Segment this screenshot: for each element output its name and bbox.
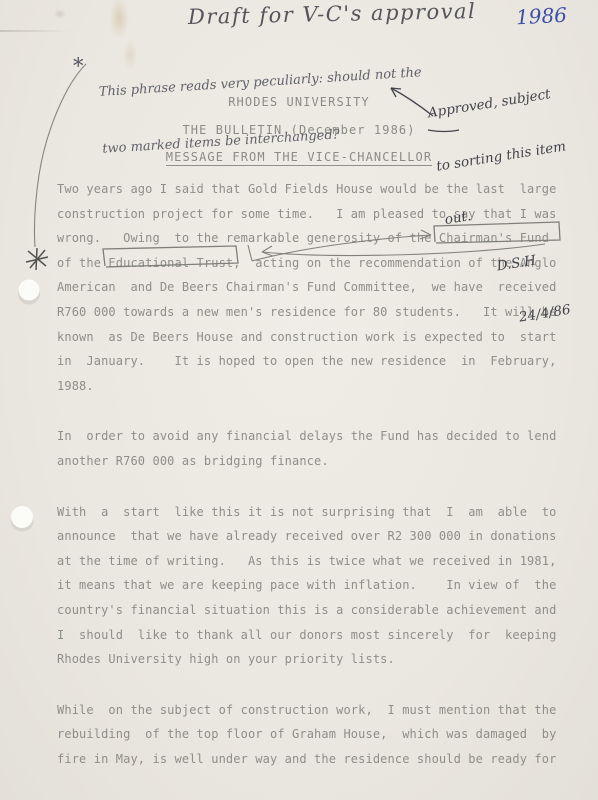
hole-punch-top <box>18 280 40 305</box>
hole-punch-bottom <box>11 506 34 532</box>
body-line: fire in May, is well under way and the r… <box>57 747 572 772</box>
body-line: announce that we have already received o… <box>57 524 572 549</box>
asterisk-marker-top: * <box>73 54 84 78</box>
body-line: rebuilding of the top floor of Graham Ho… <box>57 722 572 747</box>
body-line: While on the subject of construction wor… <box>57 698 572 723</box>
approval-note-line3: out. <box>444 191 576 229</box>
draft-year-note: 1986 <box>515 3 567 30</box>
paragraph-2: In order to avoid any financial delays t… <box>57 424 572 473</box>
body-line: another R760 000 as bridging finance. <box>57 449 572 474</box>
approval-note-line2: to sorting this item <box>435 137 567 175</box>
approval-initials: D.S.H <box>495 244 584 275</box>
paper-crease <box>0 30 70 32</box>
body-line: 1988. <box>57 374 572 399</box>
body-line: With a start like this it is not surpris… <box>57 500 572 525</box>
body-line: country's financial situation this is a … <box>57 598 572 623</box>
query-note: This phrase reads very peculiarly: shoul… <box>96 25 428 196</box>
draft-approval-note: Draft for V-C's approval <box>188 0 477 29</box>
body-line: In order to avoid any financial delays t… <box>57 424 572 449</box>
query-note-line1: This phrase reads very peculiarly: shoul… <box>98 63 422 102</box>
paragraph-3: With a start like this it is not surpris… <box>57 500 572 672</box>
approval-note-line1: Approved, subject <box>427 84 559 122</box>
body-line: I should like to thank all our donors mo… <box>57 623 572 648</box>
body-line: Rhodes University high on your priority … <box>57 647 572 672</box>
query-note-line2: two marked items be interchanged? <box>102 120 426 159</box>
body-line: at the time of writing. As this is twice… <box>57 549 572 574</box>
paragraph-4: While on the subject of construction wor… <box>57 698 572 772</box>
body-line: it means that we are keeping pace with i… <box>57 573 572 598</box>
scanned-document-page: Draft for V-C's approval 1986 * This phr… <box>0 0 598 800</box>
margin-asterisk <box>26 248 48 270</box>
approval-date: 24/4/86 <box>518 297 593 326</box>
